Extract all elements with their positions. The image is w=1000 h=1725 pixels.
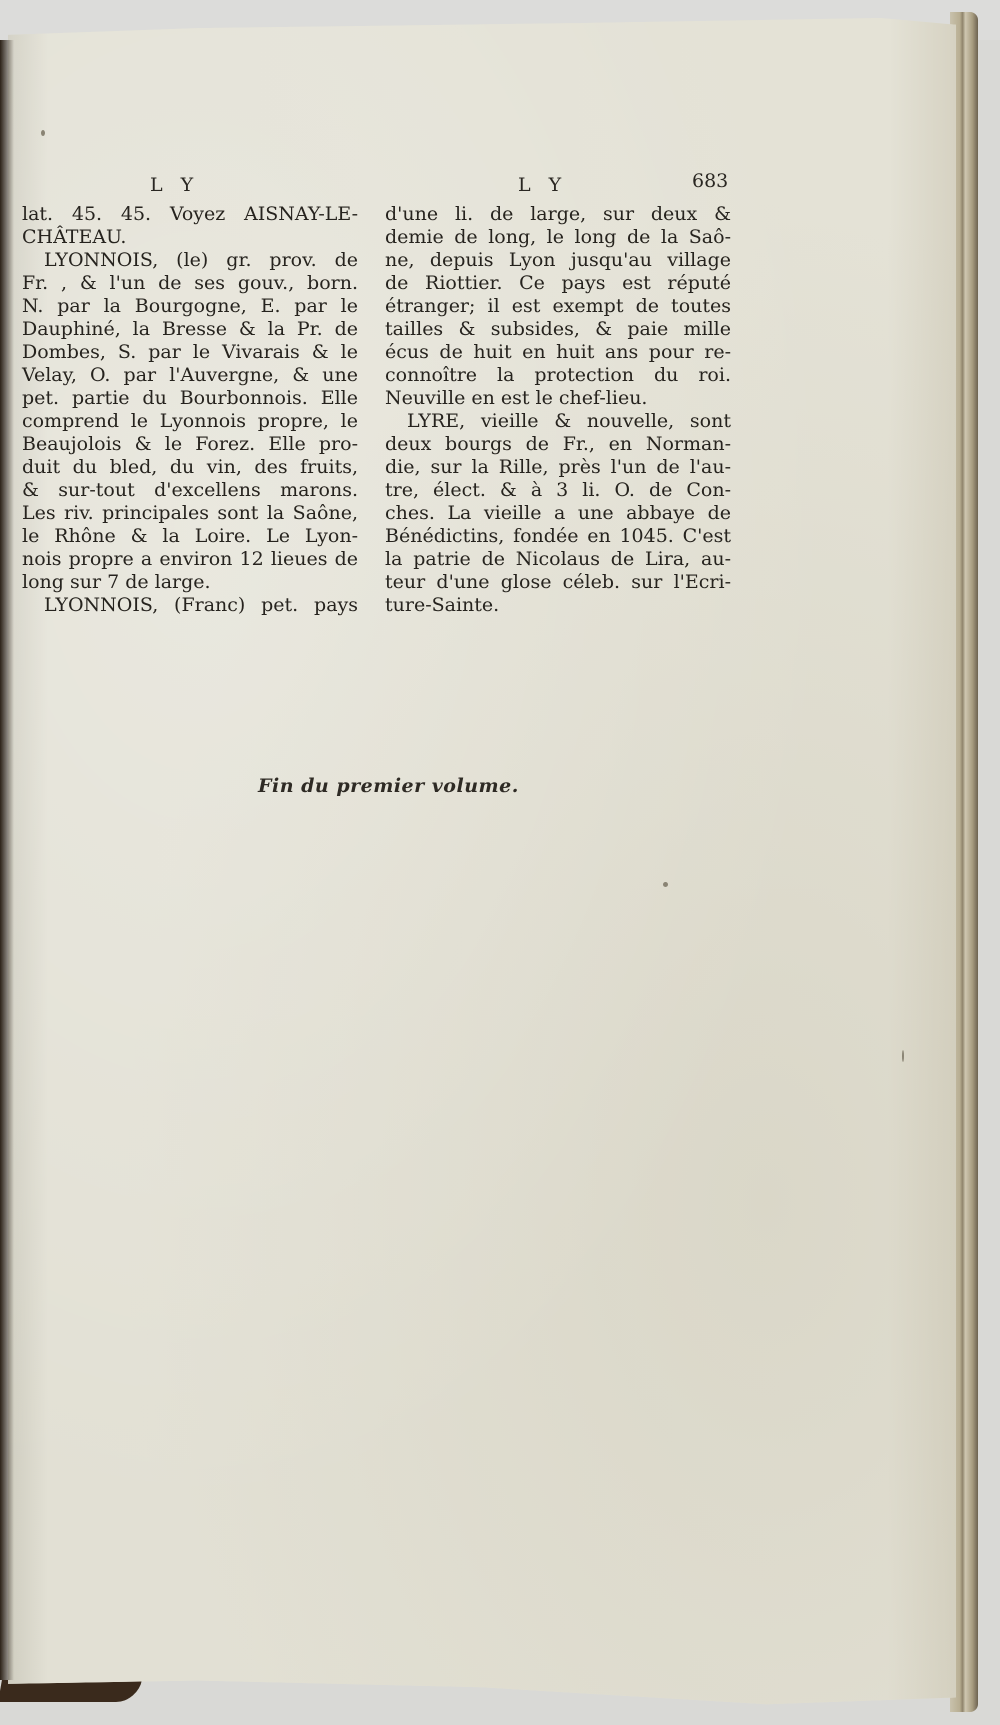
colophon: Fin du premier volume. [258,775,519,797]
text-line: tre, élect. & à 3 li. O. de Con- [385,479,731,502]
text-line: étranger; il est exempt de toutes [385,295,731,318]
text-line: deux bourgs de Fr., en Norman- [385,433,731,456]
text-line: ture-Sainte. [385,594,731,617]
text-column-left: lat. 45. 45. Voyez AISNAY-LE- CHÂTEAU. L… [22,203,358,617]
paper-speck [663,882,668,887]
spine-shadow [0,40,14,1680]
text-line: comprend le Lyonnois propre, le [22,410,358,433]
text-line: ne, depuis Lyon jusqu'au village [385,249,731,272]
text-line: N. par la Bourgogne, E. par le [22,295,358,318]
text-column-right: d'une li. de large, sur deux & demie de … [385,203,731,617]
text-line: & sur-tout d'excellens marons. [22,479,358,502]
text-line: Neuville en est le chef-lieu. [385,387,731,410]
text-line: la patrie de Nicolaus de Lira, au- [385,548,731,571]
text-line: Les riv. principales sont la Saône, [22,502,358,525]
text-line: Fr. , & l'un de ses gouv., born. [22,272,358,295]
running-head-left: L Y [150,174,199,196]
paper-speck [902,1050,904,1062]
text-line: connoître la protection du roi. [385,364,731,387]
text-line: demie de long, le long de la Saô- [385,226,731,249]
text-line: nois propre a environ 12 lieues de [22,548,358,571]
text-line: écus de huit en huit ans pour re- [385,341,731,364]
entry-heading-line: LYRE, vieille & nouvelle, sont [385,410,731,433]
running-head-right: L Y [518,174,567,196]
page-number: 683 [692,170,728,192]
text-line: duit du bled, du vin, des fruits, [22,456,358,479]
text-line: ches. La vieille a une abbaye de [385,502,731,525]
text-line: Beaujolois & le Forez. Elle pro- [22,433,358,456]
text-line: teur d'une glose céleb. sur l'Ecri- [385,571,731,594]
text-line: Dombes, S. par le Vivarais & le [22,341,358,364]
paper-speck [41,130,45,136]
entry-heading-line: LYONNOIS, (le) gr. prov. de [22,249,358,272]
text-line: tailles & subsides, & paie mille [385,318,731,341]
entry-heading-line: LYONNOIS, (Franc) pet. pays [22,594,358,617]
text-line: lat. 45. 45. Voyez AISNAY-LE- [22,203,358,226]
text-line: de Riottier. Ce pays est réputé [385,272,731,295]
text-line: le Rhône & la Loire. Le Lyon- [22,525,358,548]
text-line: Dauphiné, la Bresse & la Pr. de [22,318,358,341]
text-line: d'une li. de large, sur deux & [385,203,731,226]
text-line: long sur 7 de large. [22,571,358,594]
text-line: Velay, O. par l'Auvergne, & une [22,364,358,387]
text-line: die, sur la Rille, près l'un de l'au- [385,456,731,479]
text-line: Bénédictins, fondée en 1045. C'est [385,525,731,548]
text-line: pet. partie du Bourbonnois. Elle [22,387,358,410]
text-line: CHÂTEAU. [22,226,358,249]
